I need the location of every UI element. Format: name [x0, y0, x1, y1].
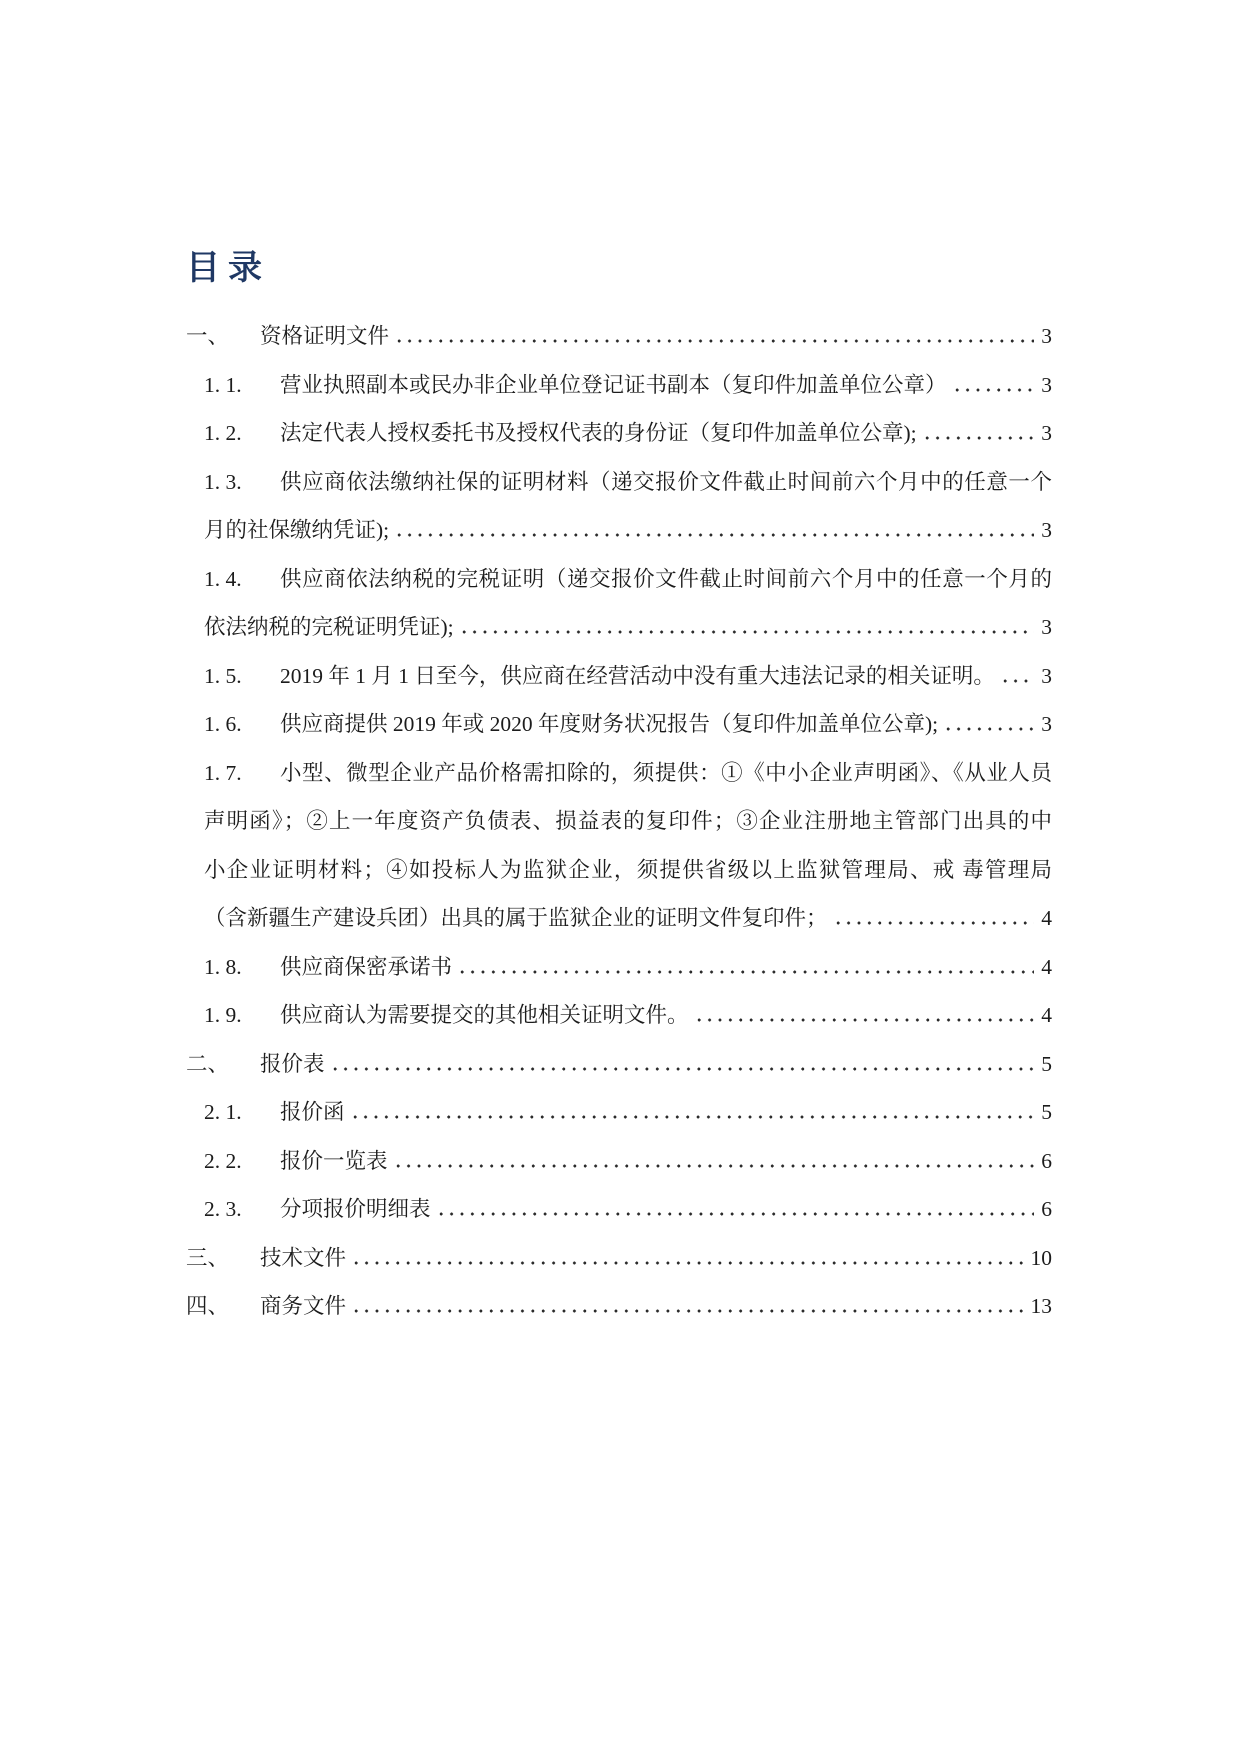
- toc-entry-row[interactable]: 1. 2.法定代表人授权委托书及授权代表的身份证（复印件加盖单位公章);3: [186, 409, 1052, 458]
- toc-entry-number: 1. 3.: [204, 458, 280, 507]
- toc-entry-row[interactable]: 二、报价表5: [186, 1040, 1052, 1089]
- toc-entry-number: 1. 1.: [204, 361, 280, 410]
- toc-list: 一、资格证明文件31. 1.营业执照副本或民办非企业单位登记证书副本（复印件加盖…: [186, 312, 1052, 1331]
- toc-entry-row[interactable]: 1. 8.供应商保密承诺书4: [186, 943, 1052, 992]
- toc-entry-number: 1. 7.: [204, 749, 280, 798]
- toc-entry-text: 供应商认为需要提交的其他相关证明文件。: [280, 991, 689, 1040]
- toc-entry-text: 2019 年 1 月 1 日至今，供应商在经营活动中没有重大违法记录的相关证明。: [280, 652, 995, 701]
- dot-leader: [348, 1088, 1035, 1137]
- toc-entry-number: 1. 5.: [204, 652, 280, 701]
- toc-entry-row[interactable]: 1. 9.供应商认为需要提交的其他相关证明文件。4: [186, 991, 1052, 1040]
- toc-page-number: 4: [1034, 894, 1052, 943]
- toc-entry-number: 一、: [186, 312, 260, 361]
- dot-leader: [455, 943, 1034, 992]
- dot-leader: [349, 1234, 1023, 1283]
- dot-leader: [392, 312, 1034, 361]
- toc-entry-row[interactable]: 声明函》；②上一年度资产负债表、损益表的复印件；③企业注册地主管部门出具的中: [186, 797, 1052, 846]
- toc-entry-row[interactable]: 依法纳税的完税证明凭证);3: [186, 603, 1052, 652]
- toc-entry-number: 2. 1.: [204, 1088, 280, 1137]
- toc-entry-number: 四、: [186, 1282, 260, 1331]
- toc-entry-row[interactable]: 1. 1.营业执照副本或民办非企业单位登记证书副本（复印件加盖单位公章）3: [186, 361, 1052, 410]
- toc-page-number: 10: [1024, 1234, 1053, 1283]
- toc-page-number: 3: [1034, 409, 1052, 458]
- toc-entry-row[interactable]: （含新疆生产建设兵团）出具的属于监狱企业的证明文件复印件；4: [186, 894, 1052, 943]
- toc-entry-row[interactable]: 1. 4.供应商依法纳税的完税证明（递交报价文件截止时间前六个月中的任意一个月的: [186, 555, 1052, 604]
- toc-entry-text: 营业执照副本或民办非企业单位登记证书副本（复印件加盖单位公章）: [280, 361, 947, 410]
- toc-entry-row[interactable]: 2. 1.报价函5: [186, 1088, 1052, 1137]
- dot-leader: [941, 700, 1034, 749]
- dot-leader: [457, 603, 1035, 652]
- toc-entry-row[interactable]: 小企业证明材料；④如投标人为监狱企业，须提供省级以上监狱管理局、戒 毒管理局: [186, 846, 1052, 895]
- document-page: { "title": { "text": "目录", "color": "#1F…: [0, 0, 1240, 1754]
- toc-page-number: 3: [1034, 700, 1052, 749]
- toc-entry-text: 法定代表人授权委托书及授权代表的身份证（复印件加盖单位公章);: [280, 409, 917, 458]
- toc-entry-row[interactable]: 2. 2.报价一览表6: [186, 1137, 1052, 1186]
- toc-entry-text: 报价函: [280, 1088, 345, 1137]
- toc-entry-text: 供应商保密承诺书: [280, 943, 452, 992]
- dot-leader: [831, 894, 1035, 943]
- toc-entry-row[interactable]: 1. 7.小型、微型企业产品价格需扣除的，须提供：①《中小企业声明函》、《从业人…: [186, 749, 1052, 798]
- toc-entry-text: 小型、微型企业产品价格需扣除的，须提供：①《中小企业声明函》、《从业人员: [280, 749, 1052, 798]
- toc-entry-text: 技术文件: [260, 1234, 346, 1283]
- toc-entry-row[interactable]: 1. 3.供应商依法缴纳社保的证明材料（递交报价文件截止时间前六个月中的任意一个: [186, 458, 1052, 507]
- dot-leader: [391, 1137, 1035, 1186]
- toc-entry-row[interactable]: 四、商务文件13: [186, 1282, 1052, 1331]
- dot-leader: [920, 409, 1035, 458]
- dot-leader: [950, 361, 1035, 410]
- toc-entry-row[interactable]: 月的社保缴纳凭证);3: [186, 506, 1052, 555]
- dot-leader: [434, 1185, 1035, 1234]
- toc-entry-text: 资格证明文件: [260, 312, 389, 361]
- toc-page-number: 4: [1034, 943, 1052, 992]
- toc-entry-number: 三、: [186, 1234, 260, 1283]
- toc-page-number: 5: [1034, 1040, 1052, 1089]
- toc-entry-text: 报价一览表: [280, 1137, 388, 1186]
- toc-entry-row[interactable]: 一、资格证明文件3: [186, 312, 1052, 361]
- toc-page-number: 4: [1034, 991, 1052, 1040]
- toc-entry-number: 2. 2.: [204, 1137, 280, 1186]
- toc-page-number: 3: [1034, 603, 1052, 652]
- toc-entry-text: 商务文件: [260, 1282, 346, 1331]
- toc-entry-text: 供应商提供 2019 年或 2020 年度财务状况报告（复印件加盖单位公章);: [280, 700, 938, 749]
- toc-entry-number: 1. 6.: [204, 700, 280, 749]
- toc-page-number: 3: [1034, 652, 1052, 701]
- toc-entry-text: （含新疆生产建设兵团）出具的属于监狱企业的证明文件复印件；: [204, 894, 828, 943]
- toc-page-number: 5: [1034, 1088, 1052, 1137]
- dot-leader: [328, 1040, 1035, 1089]
- toc-entry-text: 依法纳税的完税证明凭证);: [204, 603, 454, 652]
- toc-entry-text: 分项报价明细表: [280, 1185, 431, 1234]
- toc-entry-text: 声明函》；②上一年度资产负债表、损益表的复印件；③企业注册地主管部门出具的中: [204, 797, 1052, 846]
- toc-entry-number: 二、: [186, 1040, 260, 1089]
- toc-page-number: 6: [1034, 1185, 1052, 1234]
- toc-entry-text: 供应商依法纳税的完税证明（递交报价文件截止时间前六个月中的任意一个月的: [280, 555, 1052, 604]
- toc-page-number: 13: [1024, 1282, 1053, 1331]
- toc-entry-text: 小企业证明材料；④如投标人为监狱企业，须提供省级以上监狱管理局、戒 毒管理局: [204, 846, 1052, 895]
- toc-entry-number: 1. 8.: [204, 943, 280, 992]
- toc-page-number: 3: [1034, 361, 1052, 410]
- toc-entry-row[interactable]: 三、技术文件10: [186, 1234, 1052, 1283]
- toc-entry-number: 1. 9.: [204, 991, 280, 1040]
- toc-page: 目录 一、资格证明文件31. 1.营业执照副本或民办非企业单位登记证书副本（复印…: [0, 0, 1240, 1754]
- toc-entry-row[interactable]: 2. 3.分项报价明细表6: [186, 1185, 1052, 1234]
- toc-entry-number: 1. 4.: [204, 555, 280, 604]
- page-title: 目录: [186, 250, 1052, 288]
- dot-leader: [392, 506, 1034, 555]
- toc-entry-text: 月的社保缴纳凭证);: [204, 506, 389, 555]
- toc-page-number: 6: [1034, 1137, 1052, 1186]
- toc-page-number: 3: [1034, 312, 1052, 361]
- toc-entry-text: 报价表: [260, 1040, 325, 1089]
- toc-entry-number: 2. 3.: [204, 1185, 280, 1234]
- dot-leader: [349, 1282, 1023, 1331]
- toc-entry-text: 供应商依法缴纳社保的证明材料（递交报价文件截止时间前六个月中的任意一个: [280, 458, 1052, 507]
- toc-entry-number: 1. 2.: [204, 409, 280, 458]
- toc-page-number: 3: [1034, 506, 1052, 555]
- dot-leader: [998, 652, 1034, 701]
- toc-entry-row[interactable]: 1. 5.2019 年 1 月 1 日至今，供应商在经营活动中没有重大违法记录的…: [186, 652, 1052, 701]
- dot-leader: [692, 991, 1035, 1040]
- toc-entry-row[interactable]: 1. 6.供应商提供 2019 年或 2020 年度财务状况报告（复印件加盖单位…: [186, 700, 1052, 749]
